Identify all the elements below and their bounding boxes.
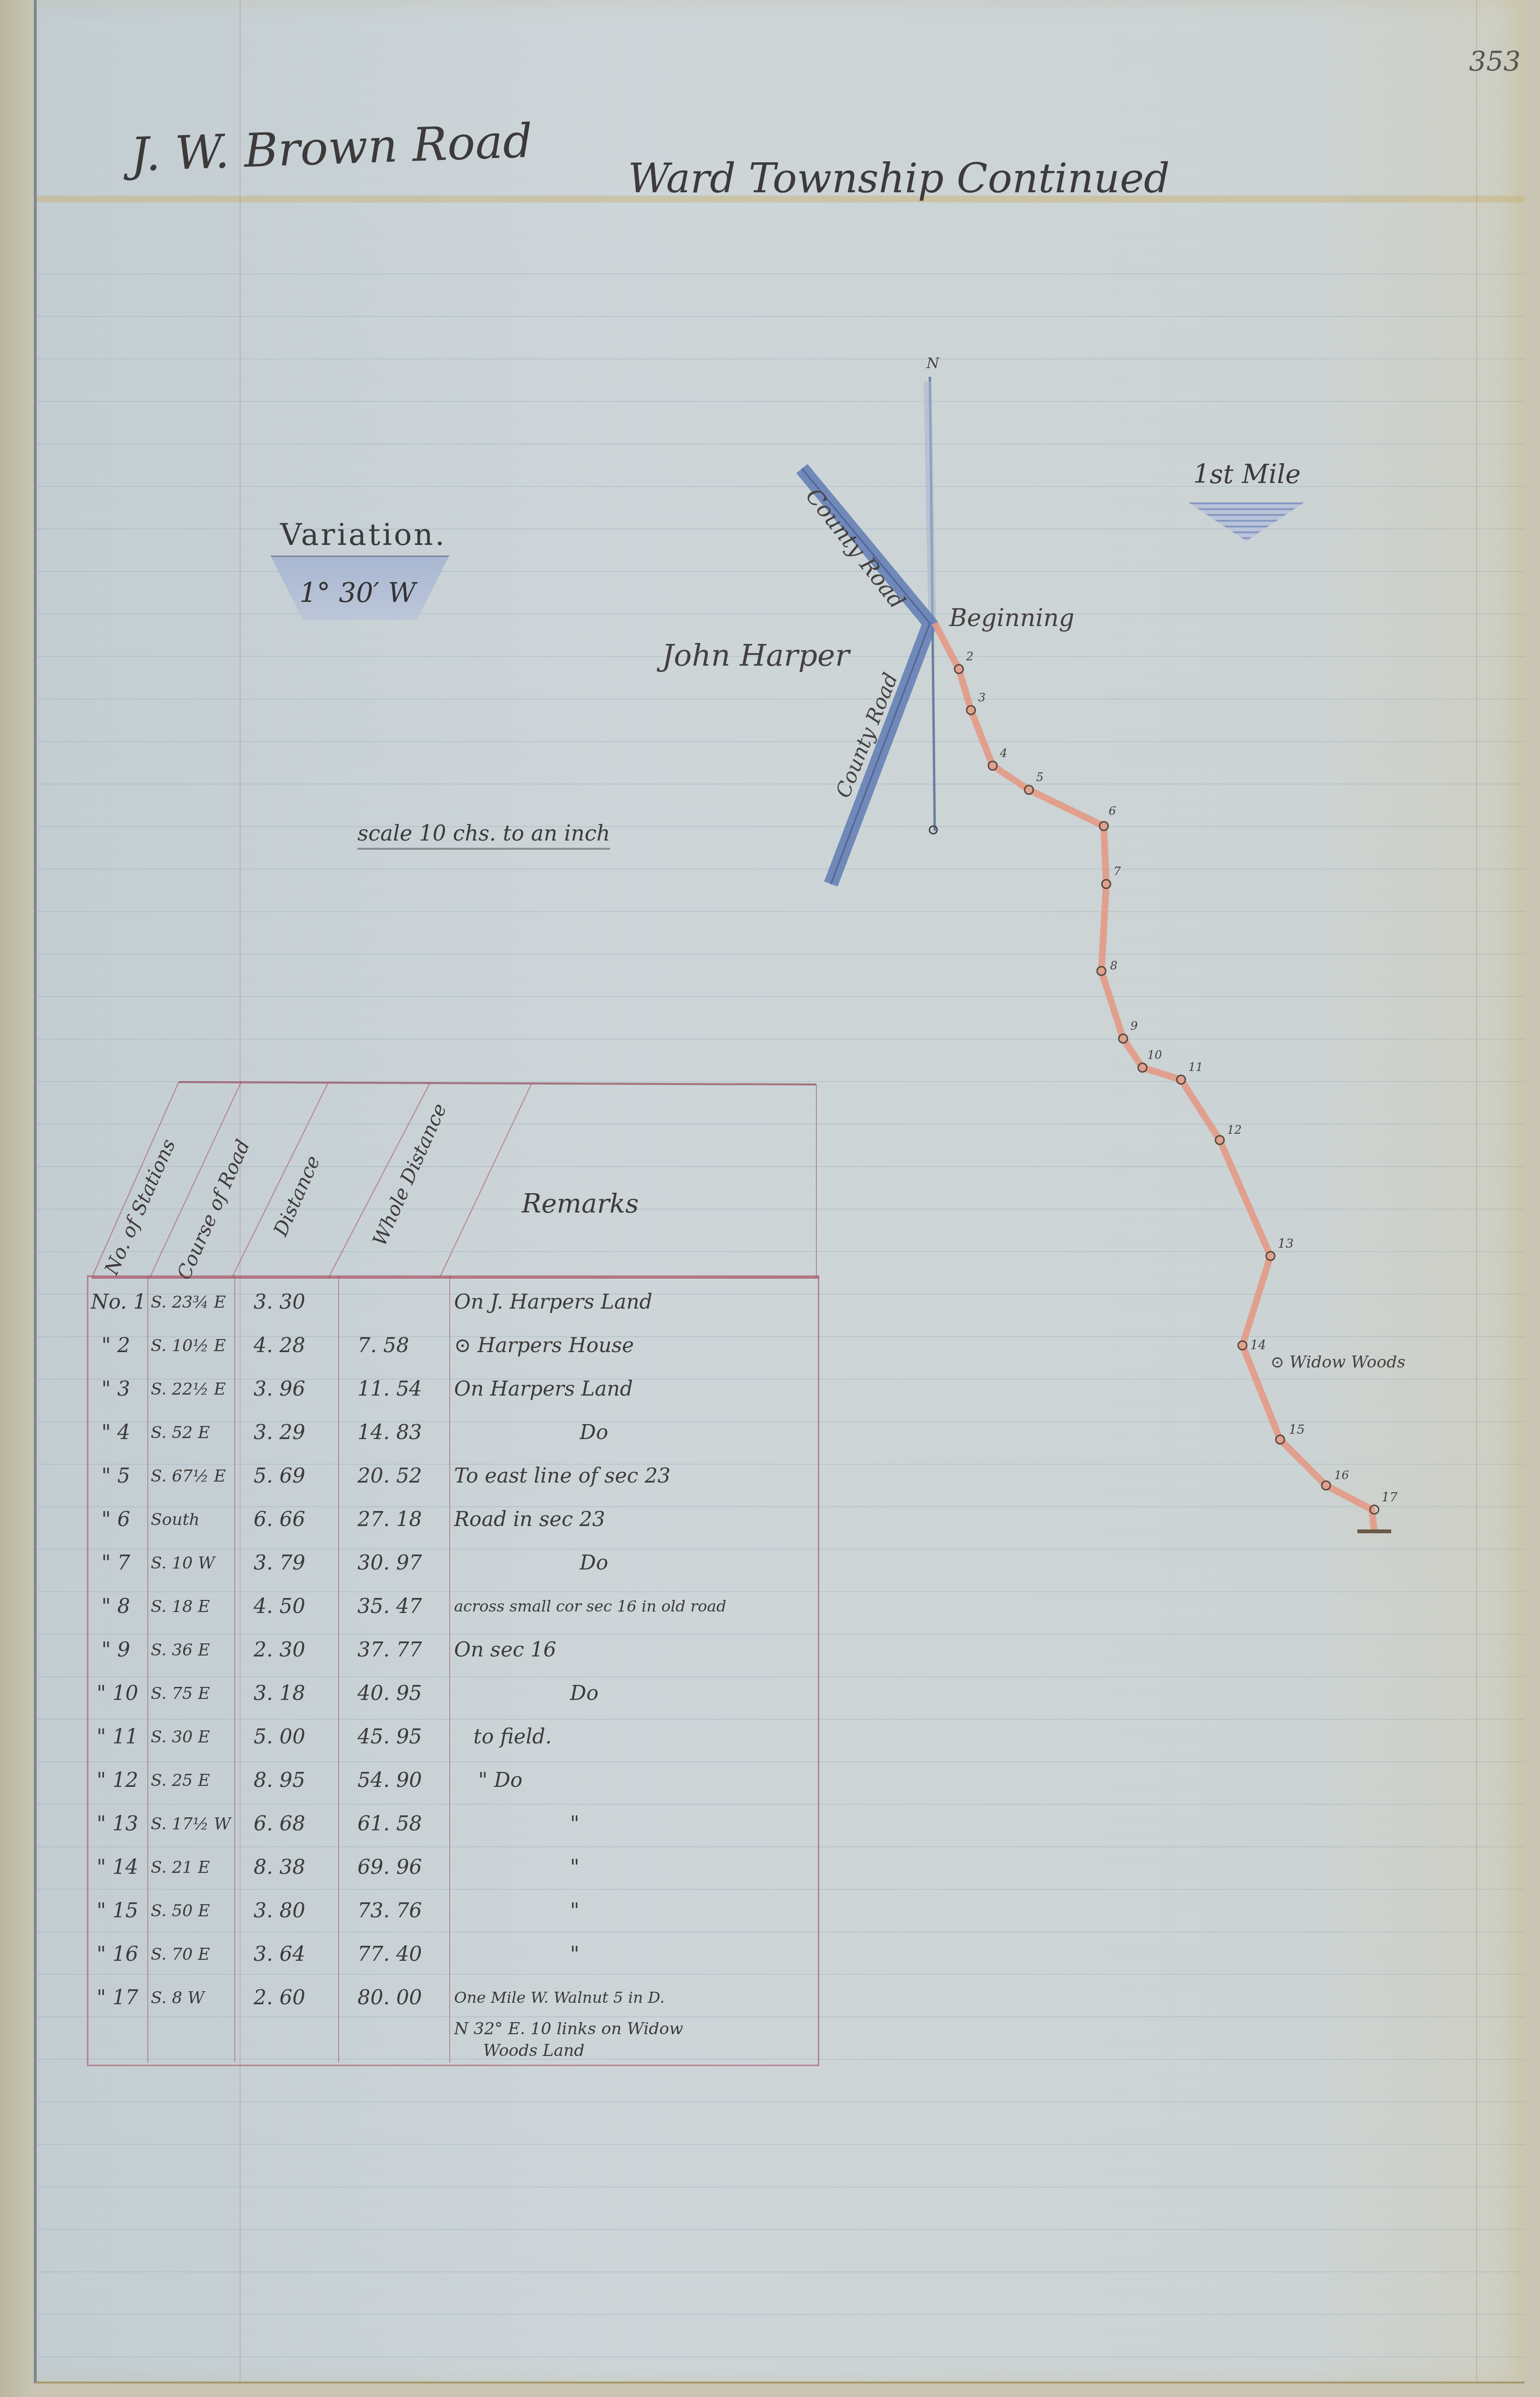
page-number: 353 bbox=[1469, 46, 1521, 77]
station-label: 15 bbox=[1289, 1423, 1305, 1437]
table-row: " 14S. 21 E8. 3869. 96" bbox=[87, 1850, 816, 1893]
table-row: " 11S. 30 E5. 0045. 95to field. bbox=[87, 1720, 816, 1762]
variation-cartouche: Variation. 1° 30′ W bbox=[271, 522, 449, 604]
station-label: 16 bbox=[1334, 1469, 1349, 1482]
mile-cartouche: 1st Mile bbox=[1184, 459, 1309, 546]
station-label: 17 bbox=[1382, 1490, 1397, 1505]
book-gutter bbox=[0, 0, 34, 2397]
table-row: " 9S. 36 E2. 3037. 77On sec 16 bbox=[87, 1633, 816, 1675]
mile-triangle-shape bbox=[1188, 502, 1304, 541]
table-row: " 3S. 22½ E3. 9611. 54On Harpers Land bbox=[87, 1372, 816, 1414]
table-row: " 12S. 25 E8. 9554. 90" Do bbox=[87, 1763, 816, 1806]
station-label: 5 bbox=[1036, 770, 1043, 784]
variation-value: 1° 30′ W bbox=[299, 577, 416, 609]
variation-label: Variation. bbox=[280, 517, 446, 552]
station-label: 4 bbox=[1000, 746, 1007, 760]
john-harper-label: John Harper bbox=[662, 638, 849, 673]
widow-woods-label: ⊙ Widow Woods bbox=[1270, 1353, 1405, 1372]
table-row: " 10S. 75 E3. 1840. 95Do bbox=[87, 1676, 816, 1719]
station-label: 3 bbox=[978, 691, 985, 704]
table-row: " 5S. 67½ E5. 6920. 52To east line of se… bbox=[87, 1459, 816, 1501]
station-label: 13 bbox=[1278, 1237, 1294, 1251]
station-label: 10 bbox=[1147, 1048, 1162, 1062]
table-row: " 4S. 52 E3. 2914. 83Do bbox=[87, 1415, 816, 1458]
table-row: " 6South6. 6627. 18Road in sec 23 bbox=[87, 1502, 816, 1545]
station-label: 2 bbox=[966, 650, 973, 663]
beginning-label: Beginning bbox=[949, 604, 1074, 632]
table-row: " 17S. 8 W2. 6080. 00One Mile W. Walnut … bbox=[87, 1981, 816, 2023]
station-label: 6 bbox=[1109, 804, 1116, 818]
final-remark-line: Woods Land bbox=[483, 2041, 585, 2060]
station-label: 14 bbox=[1250, 1338, 1266, 1353]
table-row: No. 1S. 23¾ E3. 30On J. Harpers Land bbox=[87, 1285, 816, 1327]
table-row: " 2S. 10½ E4. 287. 58⊙ Harpers House bbox=[87, 1328, 816, 1371]
station-label: 7 bbox=[1113, 865, 1121, 878]
table-row: " 13S. 17½ W6. 6861. 58" bbox=[87, 1807, 816, 1849]
table-row: " 8S. 18 E4. 5035. 47across small cor se… bbox=[87, 1589, 816, 1632]
scale-note: scale 10 chs. to an inch bbox=[357, 821, 610, 850]
table-row: " 15S. 50 E3. 8073. 76" bbox=[87, 1894, 816, 1936]
field-notes-table: No. of Stations Course of Road Distance … bbox=[87, 1072, 821, 2068]
table-row: " 7S. 10 W3. 7930. 97Do bbox=[87, 1546, 816, 1588]
station-label: 12 bbox=[1227, 1123, 1242, 1137]
station-label: 11 bbox=[1188, 1060, 1203, 1074]
north-marker: N bbox=[927, 355, 939, 372]
margin-line bbox=[1476, 0, 1477, 2382]
final-remark-line: N 32° E. 10 links on Widow bbox=[454, 2019, 683, 2039]
station-label: 9 bbox=[1130, 1019, 1138, 1033]
mile-label: 1st Mile bbox=[1193, 459, 1301, 489]
station-label: 8 bbox=[1110, 959, 1117, 972]
header-remarks: Remarks bbox=[522, 1188, 639, 1219]
table-row: " 16S. 70 E3. 6477. 40" bbox=[87, 1937, 816, 1980]
township-title: Ward Township Continued bbox=[628, 155, 1170, 202]
